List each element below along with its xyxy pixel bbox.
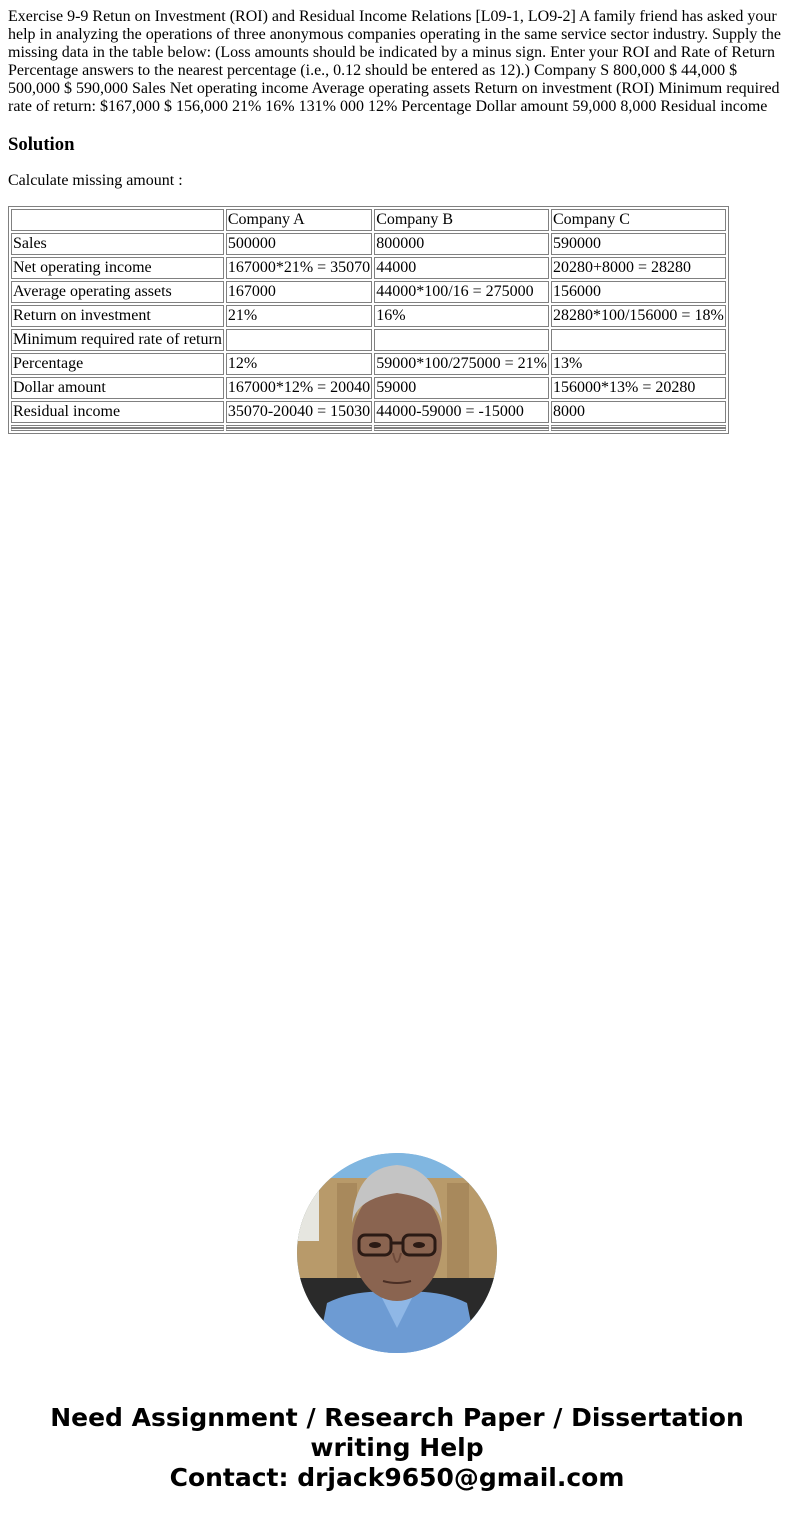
- header-cell-empty: [11, 209, 224, 231]
- table-row: Residual income 35070-20040 = 15030 4400…: [11, 401, 726, 423]
- promo-banner: Need Assignment / Research Paper / Disse…: [0, 1403, 794, 1493]
- table-row: Net operating income 167000*21% = 35070 …: [11, 257, 726, 279]
- table-row: Sales 500000 800000 590000: [11, 233, 726, 255]
- cell-company-a: 21%: [226, 305, 372, 327]
- cell-company-a: 167000*12% = 20040: [226, 377, 372, 399]
- table-header-row: Company A Company B Company C: [11, 209, 726, 231]
- empty-cell: [226, 425, 372, 431]
- row-label: Return on investment: [11, 305, 224, 327]
- row-label: Sales: [11, 233, 224, 255]
- cell-company-a: 500000: [226, 233, 372, 255]
- empty-cell: [551, 425, 726, 431]
- cell-company-b: 800000: [374, 233, 549, 255]
- question-text: Exercise 9-9 Retun on Investment (ROI) a…: [8, 8, 786, 116]
- portrait-photo-icon: [297, 1153, 497, 1353]
- cell-company-b: 16%: [374, 305, 549, 327]
- row-label: Net operating income: [11, 257, 224, 279]
- cell-company-c: 8000: [551, 401, 726, 423]
- document-body: Exercise 9-9 Retun on Investment (ROI) a…: [0, 8, 794, 434]
- cell-company-c: 13%: [551, 353, 726, 375]
- row-label: Dollar amount: [11, 377, 224, 399]
- calculation-note: Calculate missing amount :: [8, 172, 786, 190]
- cell-company-b: 59000*100/275000 = 21%: [374, 353, 549, 375]
- cell-company-c: 156000: [551, 281, 726, 303]
- promo-contact: Contact: drjack9650@gmail.com: [0, 1463, 794, 1493]
- solution-table: Company A Company B Company C Sales 5000…: [8, 206, 729, 434]
- cell-company-b: [374, 329, 549, 351]
- empty-cell: [11, 425, 224, 431]
- row-label: Residual income: [11, 401, 224, 423]
- cell-company-b: 59000: [374, 377, 549, 399]
- solution-heading: Solution: [8, 134, 786, 156]
- cell-company-a: [226, 329, 372, 351]
- cell-company-c: 28280*100/156000 = 18%: [551, 305, 726, 327]
- cell-company-c: 156000*13% = 20280: [551, 377, 726, 399]
- row-label: Average operating assets: [11, 281, 224, 303]
- cell-company-c: 20280+8000 = 28280: [551, 257, 726, 279]
- cell-company-c: 590000: [551, 233, 726, 255]
- table-row: Percentage 12% 59000*100/275000 = 21% 13…: [11, 353, 726, 375]
- cell-company-a: 167000*21% = 35070: [226, 257, 372, 279]
- row-label: Minimum required rate of return: [11, 329, 224, 351]
- cell-company-b: 44000: [374, 257, 549, 279]
- header-cell-company-b: Company B: [374, 209, 549, 231]
- table-row: Average operating assets 167000 44000*10…: [11, 281, 726, 303]
- header-cell-company-a: Company A: [226, 209, 372, 231]
- table-row: Return on investment 21% 16% 28280*100/1…: [11, 305, 726, 327]
- cell-company-b: 44000-59000 = -15000: [374, 401, 549, 423]
- cell-company-c: [551, 329, 726, 351]
- cell-company-a: 35070-20040 = 15030: [226, 401, 372, 423]
- promo-line-2: writing Help: [0, 1433, 794, 1463]
- row-label: Percentage: [11, 353, 224, 375]
- cell-company-a: 167000: [226, 281, 372, 303]
- promo-line-1: Need Assignment / Research Paper / Disse…: [0, 1403, 794, 1433]
- table-row: Minimum required rate of return: [11, 329, 726, 351]
- cell-company-b: 44000*100/16 = 275000: [374, 281, 549, 303]
- table-row: Dollar amount 167000*12% = 20040 59000 1…: [11, 377, 726, 399]
- tutor-avatar: [297, 1153, 497, 1353]
- cell-company-a: 12%: [226, 353, 372, 375]
- header-cell-company-c: Company C: [551, 209, 726, 231]
- table-empty-row: [11, 425, 726, 431]
- empty-cell: [374, 425, 549, 431]
